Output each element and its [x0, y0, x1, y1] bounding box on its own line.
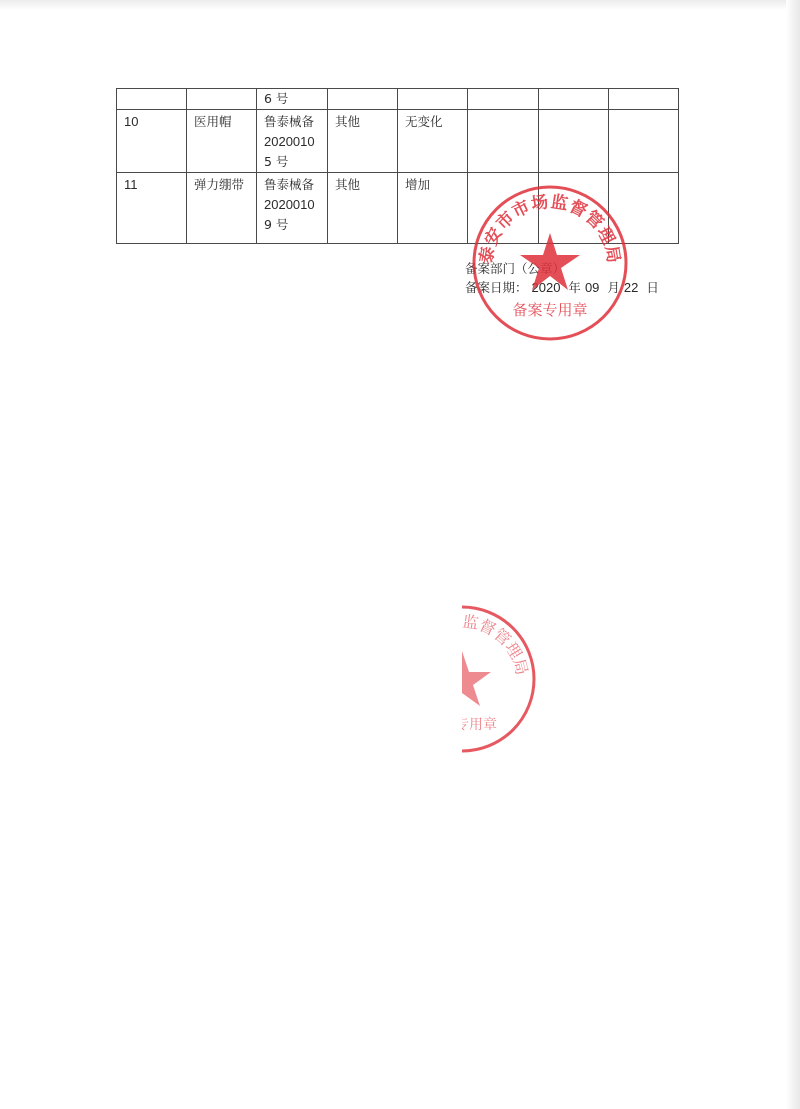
cell-no: 10 — [117, 110, 187, 173]
cell-empty — [609, 110, 679, 173]
cell-reg: 鲁泰械备 2020010 5 号 — [257, 110, 328, 173]
table-row: 11 弹力绷带 鲁泰械备 2020010 9 号 其他 增加 — [117, 173, 679, 244]
date-day-unit: 日 — [646, 280, 659, 295]
reg-line: 鲁泰械备 — [264, 175, 321, 195]
star-icon — [433, 651, 491, 706]
cell-name — [187, 89, 257, 110]
cell-empty — [609, 173, 679, 244]
seal-bottom-text: 备案专用章 — [427, 716, 497, 733]
date-year-unit: 年 — [568, 280, 581, 295]
registration-table: 6 号 10 医用帽 鲁泰械备 2020010 5 号 其他 无变化 11 弹力… — [116, 88, 679, 244]
cell-empty — [609, 89, 679, 110]
cell-empty — [539, 173, 609, 244]
partial-seal-stamp: 泰安市市场监督管理局 备案专用章 — [386, 603, 538, 755]
date-year: 2020 — [532, 280, 561, 295]
scan-edge-right — [786, 0, 800, 1109]
cell-reg: 6 号 — [257, 89, 328, 110]
seal-bottom-text: 备案专用章 — [512, 301, 587, 319]
cell-no — [117, 89, 187, 110]
cell-type: 其他 — [328, 173, 398, 244]
reg-line: 2020010 — [264, 132, 321, 152]
reg-line: 5 号 — [264, 152, 321, 172]
cell-empty — [539, 110, 609, 173]
cell-type — [328, 89, 398, 110]
reg-line: 2020010 — [264, 195, 321, 215]
table-row: 10 医用帽 鲁泰械备 2020010 5 号 其他 无变化 — [117, 110, 679, 173]
date-day: 22 — [624, 280, 638, 295]
filing-date: 备案日期：2020 年09 月22 日 — [465, 278, 663, 296]
table-row: 6 号 — [117, 89, 679, 110]
cell-empty — [539, 89, 609, 110]
date-label: 备案日期： — [465, 280, 528, 295]
cell-change: 增加 — [398, 173, 468, 244]
cell-name: 医用帽 — [187, 110, 257, 173]
cell-name: 弹力绷带 — [187, 173, 257, 244]
cell-no: 11 — [117, 173, 187, 244]
cell-empty — [468, 110, 539, 173]
svg-text:泰安市市场监督管理局: 泰安市市场监督管理局 — [392, 612, 531, 677]
reg-line: 6 号 — [264, 89, 321, 109]
reg-line: 9 号 — [264, 215, 321, 235]
date-month: 09 — [585, 280, 599, 295]
cell-change — [398, 89, 468, 110]
cell-empty — [468, 89, 539, 110]
cell-empty — [468, 173, 539, 244]
cell-type: 其他 — [328, 110, 398, 173]
scan-edge-top — [0, 0, 800, 10]
filing-department-label: 备案部门（公章） — [465, 259, 565, 277]
reg-line: 鲁泰械备 — [264, 112, 321, 132]
cell-change: 无变化 — [398, 110, 468, 173]
date-month-unit: 月 — [607, 280, 620, 295]
cell-reg: 鲁泰械备 2020010 9 号 — [257, 173, 328, 244]
